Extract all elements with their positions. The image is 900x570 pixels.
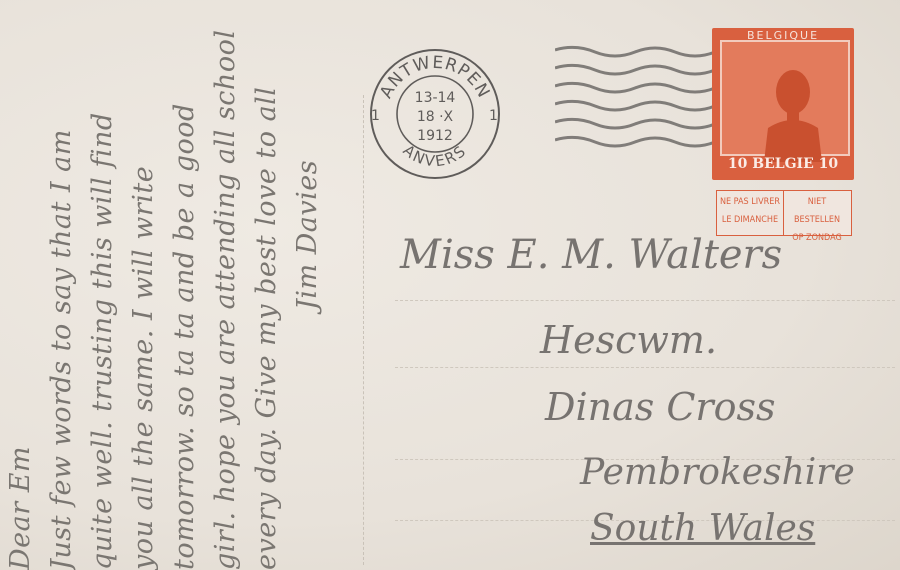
postmark-bottom-text: ANVERS	[400, 141, 471, 170]
message-signature: Jim Davies	[287, 50, 328, 570]
svg-text:1: 1	[489, 108, 498, 124]
center-divider	[363, 95, 364, 565]
stamp-face: BELGIQUE 10 BELGIE 10	[712, 28, 854, 180]
address-line-name: Miss E. M. Walters	[400, 232, 782, 278]
king-portrait-icon	[760, 62, 826, 162]
postmark-year: 1912	[417, 128, 453, 144]
message-line: Dear Em	[0, 50, 41, 570]
tab-french: NE PAS LIVRER LE DIMANCHE	[717, 193, 783, 229]
svg-text:1: 1	[371, 108, 380, 124]
stamp-sunday-tab: NE PAS LIVRER LE DIMANCHE NIET BESTELLEN…	[716, 190, 852, 236]
tab-dutch: NIET BESTELLEN OP ZONDAG	[784, 193, 850, 247]
message-line: quite well. trusting this will find	[82, 50, 123, 570]
address-rule	[395, 300, 895, 301]
message-line: Just few words to say that I am	[41, 50, 82, 570]
message-line: you all the same. I will write	[123, 50, 164, 570]
address-line-village: Dinas Cross	[545, 385, 775, 429]
handwritten-message: Dear Em Just few words to say that I am …	[0, 50, 360, 570]
address-line-county: Pembrokeshire	[580, 452, 855, 493]
message-line: girl. hope you are attending all school	[205, 50, 246, 570]
address-line-house: Hescwm.	[540, 318, 717, 362]
postage-stamp: BELGIQUE 10 BELGIE 10 NE PAS LIVRER LE D…	[712, 28, 854, 236]
svg-text:ANVERS: ANVERS	[400, 141, 471, 170]
postmark-date: 18 ·X	[417, 109, 454, 125]
address-rule	[395, 367, 895, 368]
message-line: every day. Give my best love to all	[246, 50, 287, 570]
stamp-value: 10 BELGIE 10	[712, 156, 854, 172]
message-line: tomorrow. so ta ta and be a good	[164, 50, 205, 570]
stamp-portrait-frame	[720, 40, 850, 156]
postcard-back: ANTWERPEN ANVERS 13-14 18 ·X 1912 1 1 BE…	[0, 0, 900, 570]
postmark-time: 13-14	[415, 90, 456, 106]
postmark: ANTWERPEN ANVERS 13-14 18 ·X 1912 1 1	[365, 42, 505, 182]
address-line-country: South Wales	[590, 508, 815, 549]
